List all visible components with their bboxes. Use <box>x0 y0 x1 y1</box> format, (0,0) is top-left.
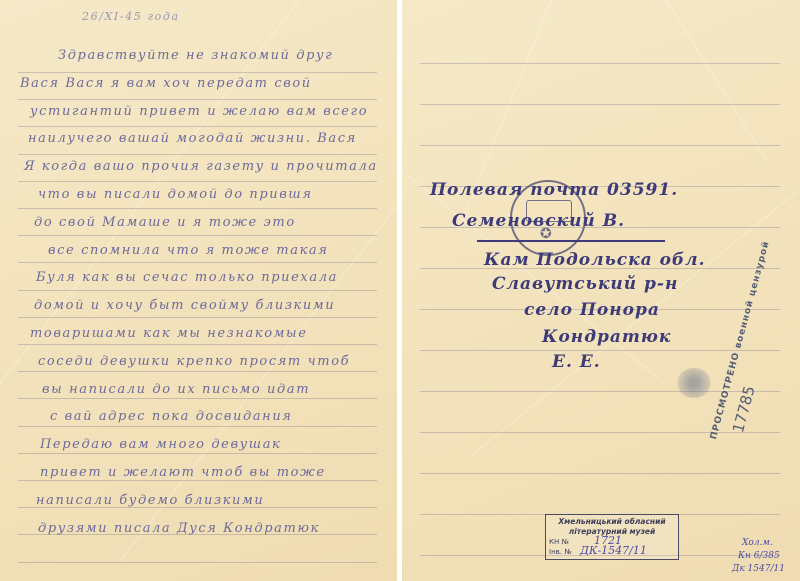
letter-line: привет и желают чтоб вы тоже <box>40 465 326 480</box>
censor-round-mark <box>677 368 711 398</box>
museum-name-line1: Хмельницький обласний <box>546 517 678 527</box>
rule-line <box>18 371 377 372</box>
rule-line <box>18 453 377 454</box>
letter-line: соседи девушки крепко просят чтоб <box>38 354 350 369</box>
rule-line <box>420 473 780 474</box>
rule-line <box>420 350 780 351</box>
letter-line: написали будемо близкими <box>36 493 264 508</box>
rule-line <box>420 432 780 433</box>
letter-line: вы написали до их письмо идат <box>42 382 310 397</box>
rule-line <box>18 126 377 127</box>
address-underline <box>477 240 665 242</box>
letter-line: что вы писали домой до прившя <box>38 187 313 202</box>
archive-note-line: Кн 6/385 <box>738 551 780 561</box>
envelope-page: ✪ Полевая почта 03591.Семеновский В.Кам … <box>402 0 800 581</box>
rule-line <box>18 426 377 427</box>
letter-line: наилучего вашай могодай жизни. Вася <box>28 131 357 146</box>
rule-line <box>18 344 377 345</box>
rule-line <box>18 72 377 73</box>
address-line: Кондратюк <box>542 327 671 347</box>
letter-line: Я когда вашо прочия газету и прочитала <box>24 159 378 174</box>
letter-line: Здравствуйте не знакомий друг <box>58 48 333 63</box>
letter-line: товаришами как мы незнакомые <box>30 326 308 341</box>
rule-line <box>18 235 377 236</box>
archive-note-line: Хол.м. <box>742 538 773 548</box>
address-line: Семеновский В. <box>452 211 625 231</box>
inv-label: Інв. № <box>549 548 572 556</box>
letter-line: Буля как вы сечас только приехала <box>36 270 338 285</box>
rule-line <box>18 154 377 155</box>
letter-line: Передаю вам много девушак <box>40 437 281 452</box>
rule-line <box>18 398 377 399</box>
letter-line: устигантий привет и желаю вам всего <box>30 104 368 119</box>
rule-line <box>420 63 780 64</box>
rule-line <box>18 262 377 263</box>
letter-line: все спомнила что я тоже такая <box>48 243 329 258</box>
rule-line <box>18 317 377 318</box>
rule-line <box>18 99 377 100</box>
letter-date: 26/XI-45 года <box>82 10 180 23</box>
letter-line: друзями писала Дуся Кондратюк <box>38 521 320 536</box>
rule-line <box>420 104 780 105</box>
letter-line: Вася Вася я вам хоч передат свой <box>20 76 312 91</box>
address-line: Полевая почта 03591. <box>430 180 678 200</box>
rule-line <box>18 208 377 209</box>
address-line: Славутський р-н <box>492 274 678 294</box>
archive-note-line: Дк 1547/11 <box>732 564 785 574</box>
rule-line <box>18 562 377 563</box>
rule-line <box>18 480 377 481</box>
rule-line <box>420 145 780 146</box>
address-line: село Понора <box>524 300 660 320</box>
inv-value: ДК-1547/11 <box>580 544 647 557</box>
fold-crease <box>666 0 768 162</box>
address-line: Е. Е. <box>552 352 601 372</box>
letter-page: 26/XI-45 года Здравствуйте не знакомий д… <box>0 0 397 581</box>
museum-stamp: Хмельницький обласний літературний музей… <box>545 514 679 560</box>
rule-line <box>18 181 377 182</box>
address-line: Кам Подольска обл. <box>484 250 706 270</box>
rule-line <box>18 290 377 291</box>
letter-line: с вай адрес пока досвидания <box>50 409 293 424</box>
letter-line: домой и хочу быт свойму близкими <box>34 298 335 313</box>
letter-line: до свой Мамаше и я тоже это <box>34 215 296 230</box>
kn-label: КН № <box>549 538 569 546</box>
